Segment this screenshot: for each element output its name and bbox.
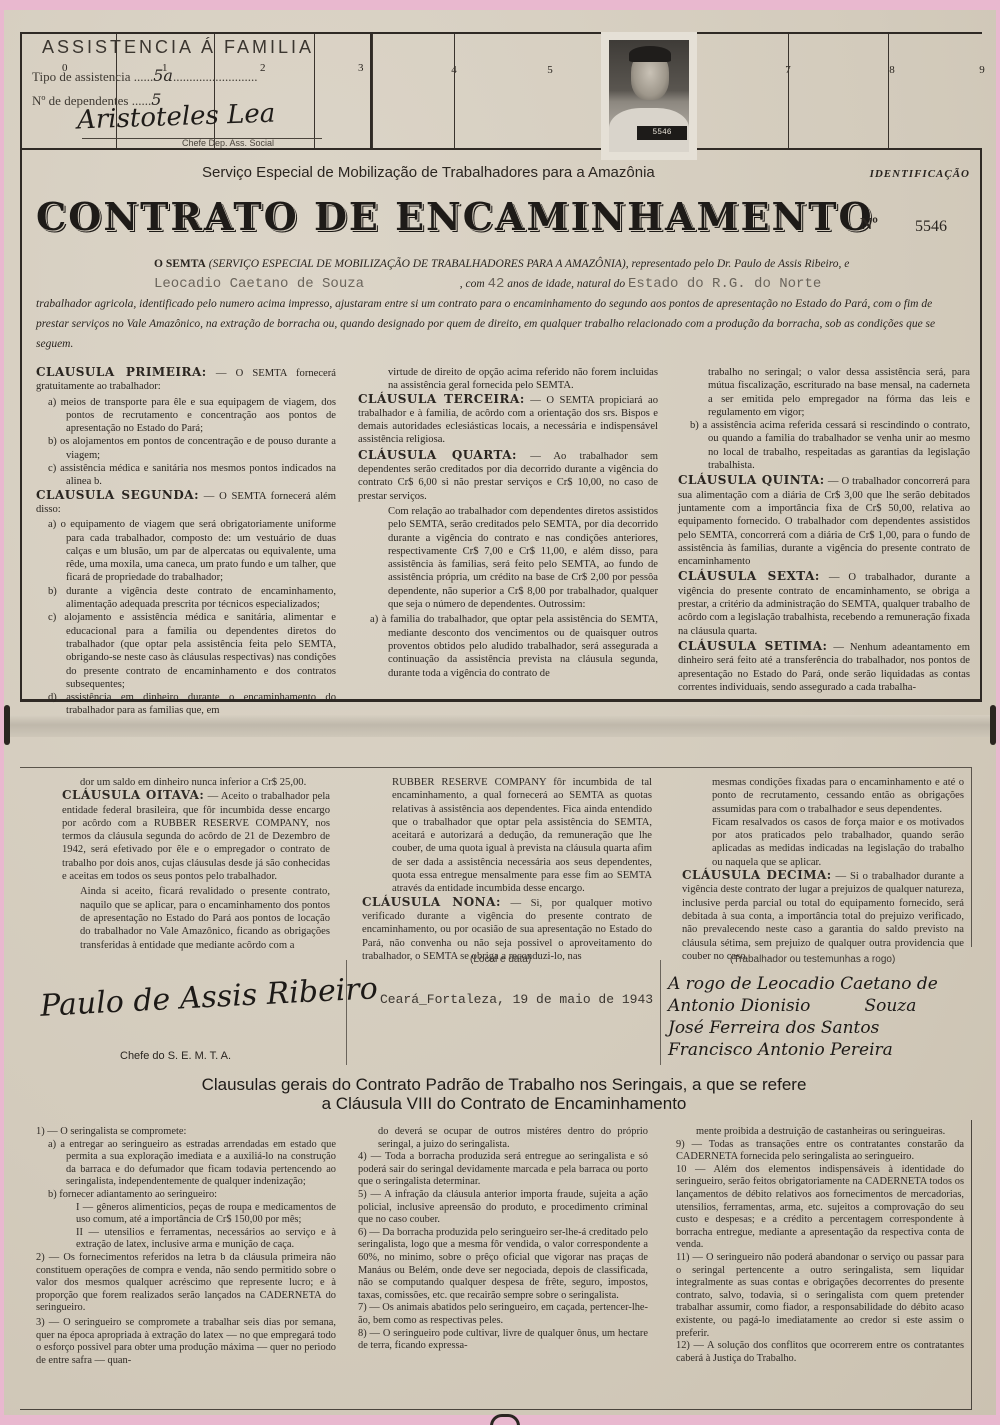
contract-number-label: Nº: [860, 214, 878, 234]
document-paper: 4 5 7 8 9 ASSISTENCIA Á FAMILIA 0 1 2 3 …: [4, 10, 996, 1415]
contract-lower-section: dor um saldo em dinheiro nunca inferior …: [20, 767, 972, 947]
clause-text: RUBBER RESERVE COMPANY fôr incumbida de …: [362, 776, 652, 896]
family-assistance-stamp: ASSISTENCIA Á FAMILIA 0 1 2 3 Tipo de as…: [20, 32, 372, 150]
general-clause: 11) — O seringueiro não poderá abandonar…: [676, 1252, 964, 1340]
general-clauses: 1) — O seringalista se compromete: a) a …: [20, 1120, 972, 1410]
clause-heading: CLÁUSULA SEXTA:: [678, 569, 820, 583]
clause-heading: CLAUSULA SEGUNDA:: [36, 488, 199, 502]
clause-heading: CLÁUSULA TERCEIRA:: [358, 392, 525, 406]
clauses-column-5: RUBBER RESERVE COMPANY fôr incumbida de …: [362, 776, 652, 965]
paper-fold: [4, 715, 996, 737]
general-clause-item: II — utensilios e ferramentas, necessári…: [36, 1227, 336, 1252]
photo-id-tag: 5546: [637, 126, 687, 140]
clause-heading: CLÁUSULA SETIMA:: [678, 639, 827, 653]
grid-col: 9: [888, 34, 982, 148]
general-clause-item: a) a entregar ao seringueiro as estradas…: [36, 1139, 336, 1189]
signature-area: (Local e data) (Trabalhador ou testemunh…: [20, 950, 972, 1070]
contract-upper-section: Serviço Especial de Mobilização de Traba…: [20, 150, 982, 702]
general-column-1: 1) — O seringalista se compromete: a) a …: [36, 1126, 336, 1367]
clause-heading: CLÁUSULA QUINTA:: [678, 473, 825, 487]
general-clause: 1) — O seringalista se compromete:: [36, 1126, 336, 1139]
clauses-column-6: mesmas condições fixadas para o encaminh…: [682, 776, 964, 965]
general-clause: 7) — Os animais abatidos pelo seringueir…: [358, 1302, 648, 1327]
semta-full-name: (SERVIÇO ESPECIAL DE MOBILIZAÇÃO DE TRAB…: [209, 258, 850, 270]
general-column-3: mente proibida a destruição de castanhei…: [676, 1126, 964, 1365]
general-clause: do deverá se ocupar de outros mistéres d…: [358, 1126, 648, 1151]
witness-label: (Trabalhador ou testemunhas a rogo): [730, 954, 895, 965]
identification-label: IDENTIFICAÇÃO: [870, 168, 970, 180]
clauses-column-1: CLAUSULA PRIMEIRA: — O SEMTA fornecerá g…: [36, 366, 336, 718]
assistance-type-value: 5a: [153, 66, 173, 85]
grid-col: 4: [372, 34, 454, 148]
social-chief-signature: Aristoteles Lea: [77, 99, 276, 136]
clause-item: c) alojamento e assistência médica e san…: [36, 611, 336, 691]
general-clause: 12) — A solução dos conflitos que ocorre…: [676, 1340, 964, 1365]
clause-text: mesmas condições fixadas para o encaminh…: [682, 776, 964, 816]
grid-number: 5: [503, 64, 598, 76]
agency-subtitle: Serviço Especial de Mobilização de Traba…: [202, 164, 655, 181]
clause-item: a) à familia do trabalhador, que optar p…: [358, 613, 658, 679]
social-chief-label: Chefe Dep. Ass. Social: [182, 138, 274, 148]
general-clause: 10 — Além dos elementos indispensáveis à…: [676, 1164, 964, 1252]
assistance-title: ASSISTENCIA Á FAMILIA: [42, 37, 314, 58]
general-clause-item: b) fornecer adiantamento ao seringueiro:: [36, 1189, 336, 1202]
clause-item: c) assistência médica e sanitária nos me…: [36, 462, 336, 489]
general-clause: 4) — Toda a borracha produzida será entr…: [358, 1151, 648, 1189]
clause-text: Ficam resalvados os casos de força maior…: [682, 816, 964, 869]
general-clause: 5) — A infração da cláusula anterior imp…: [358, 1189, 648, 1227]
chief-signature: Paulo de Assis Ribeiro: [39, 971, 378, 1024]
general-column-2: do deverá se ocupar de outros mistéres d…: [358, 1126, 648, 1353]
grid-number: 3: [358, 62, 364, 74]
witness-signature: A rogo de Leocadio Caetano de: [668, 974, 938, 994]
witness-signature: Francisco Antonio Pereira: [668, 1040, 893, 1060]
intro-age-suffix: anos de idade, natural do: [507, 278, 625, 290]
clause-item: d) assistência em dinheiro durante o enc…: [36, 691, 336, 718]
general-clause: 9) — Todas as transações entre os contra…: [676, 1139, 964, 1164]
intro-body: trabalhador agricola, identificado pelo …: [36, 294, 966, 354]
worker-name: Leocadio Caetano de Souza: [154, 276, 364, 292]
general-title-line: a Cláusula VIII do Contrato de Encaminha…: [24, 1094, 984, 1113]
worker-photo: 5546: [601, 32, 697, 160]
contract-intro: O SEMTA (SERVIÇO ESPECIAL DE MOBILIZAÇÃO…: [36, 254, 966, 354]
general-clause: 8) — O seringueiro pode cultivar, livre …: [358, 1328, 648, 1353]
worker-origin: Estado do R.G. do Norte: [628, 276, 821, 292]
clause-heading: CLÁUSULA NONA:: [362, 895, 501, 909]
binder-ring-left: [4, 705, 10, 745]
clause-text: trabalho no seringal; o valor dessa assi…: [678, 366, 970, 419]
clause-item: b) durante a vigência deste contrato de …: [36, 585, 336, 612]
clause-heading: CLÁUSULA DECIMA:: [682, 868, 832, 882]
general-clause: 2) — Os fornecimentos referidos na letra…: [36, 1252, 336, 1315]
contract-number: 5546: [915, 218, 947, 236]
binder-ring-right: [990, 705, 996, 745]
clause-heading: CLÁUSULA QUARTA:: [358, 448, 517, 462]
clause-text: Com relação ao trabalhador com dependent…: [358, 505, 658, 611]
assistance-type-label: Tipo de assistencia: [32, 69, 130, 84]
chief-label: Chefe do S. E. M. T. A.: [120, 1050, 231, 1062]
place-and-date: Ceará_Fortaleza, 19 de maio de 1943: [380, 992, 653, 1007]
witness-signature: José Ferreira dos Santos: [668, 1018, 879, 1038]
assistance-type-row: Tipo de assistencia ......5a............…: [32, 66, 257, 85]
witness-signature: Antonio Dionisio Souza: [668, 996, 916, 1016]
grid-number: 9: [936, 64, 1000, 76]
clause-item: a) meios de transporte para êle e sua eq…: [36, 396, 336, 436]
intro-com: , com: [460, 278, 485, 290]
clause-heading: CLÁUSULA OITAVA:: [62, 788, 204, 802]
clauses-column-2: virtude de direito de opção acima referi…: [358, 366, 658, 680]
grid-col: 8: [788, 34, 892, 148]
general-title-line: Clausulas gerais do Contrato Padrão de T…: [24, 1075, 984, 1094]
clauses-column-3: trabalho no seringal; o valor dessa assi…: [678, 366, 970, 696]
general-clause: 3) — O seringueiro se compromete a traba…: [36, 1317, 336, 1367]
grid-number: 2: [260, 62, 266, 74]
binder-clip: [490, 1414, 520, 1425]
clause-text: Ainda si aceito, ficará revalidado o pre…: [62, 885, 330, 951]
general-clauses-title: Clausulas gerais do Contrato Padrão de T…: [24, 1075, 984, 1113]
clause-text: — Si o trabalhador durante a vigência de…: [682, 871, 964, 962]
general-clause: mente proibida a destruição de castanhei…: [676, 1126, 964, 1139]
general-clause-item: I — gêneros alimenticios, peças de roupa…: [36, 1202, 336, 1227]
clause-item: a) o equipamento de viagem que será obri…: [36, 518, 336, 584]
semta-label: O SEMTA: [154, 258, 206, 270]
grid-col: 5: [454, 34, 550, 148]
clause-text: — Aceito o trabalhador pela entidade fed…: [62, 791, 330, 882]
grid-col: 7: [698, 34, 788, 148]
clauses-column-4: dor um saldo em dinheiro nunca inferior …: [62, 776, 330, 952]
clause-item: b) a assistência acima referida cessará …: [678, 419, 970, 472]
page-title: CONTRATO DE ENCAMINHAMENTO: [36, 194, 874, 239]
clause-text: — O trabalhador concorrerá para sua alim…: [678, 476, 970, 567]
clause-item: b) os alojamentos em pontos de concentra…: [36, 435, 336, 462]
general-clause: 6) — Da borracha produzida pelo seringue…: [358, 1227, 648, 1303]
clause-text: virtude de direito de opção acima referi…: [358, 366, 658, 393]
worker-age: 42: [488, 276, 505, 292]
clause-heading: CLAUSULA PRIMEIRA:: [36, 365, 207, 379]
place-date-label: (Local e data): [470, 954, 531, 965]
